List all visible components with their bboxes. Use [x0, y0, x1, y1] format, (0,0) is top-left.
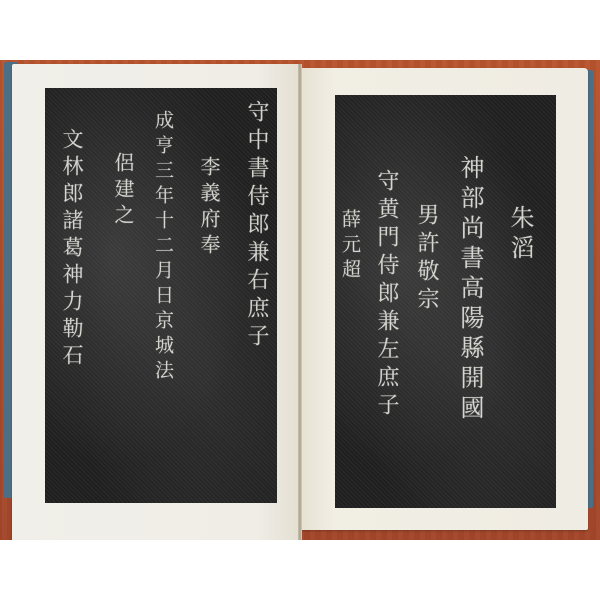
right-page: 朱滔 神部尚書高陽縣開國 男許敬宗 守黄門侍郎兼左庶子 薛元超 [300, 68, 588, 530]
left-page: 守中書侍郎兼右庶子 李義府奉 成亨三年十二月日京城法 侶建之 文林郎諸葛神力勒石 [12, 64, 300, 540]
calligraphy-column: 守中書侍郎兼右庶子 [241, 100, 272, 352]
calligraphy-column: 成亨三年十二月日京城法 [150, 110, 177, 385]
left-rubbing: 守中書侍郎兼右庶子 李義府奉 成亨三年十二月日京城法 侶建之 文林郎諸葛神力勒石 [45, 88, 277, 503]
calligraphy-column: 侶建之 [109, 152, 138, 230]
calligraphy-column: 朱滔 [503, 205, 538, 265]
right-rubbing: 朱滔 神部尚書高陽縣開國 男許敬宗 守黄門侍郎兼左庶子 薛元超 [335, 95, 556, 508]
book-spine [298, 64, 302, 540]
photograph: 守中書侍郎兼右庶子 李義府奉 成亨三年十二月日京城法 侶建之 文林郎諸葛神力勒石… [0, 60, 600, 540]
calligraphy-column: 薛元超 [337, 209, 364, 284]
calligraphy-column: 守黄門侍郎兼左庶子 [371, 169, 402, 421]
calligraphy-column: 李義府奉 [195, 156, 224, 260]
calligraphy-column: 文林郎諸葛神力勒石 [57, 128, 87, 371]
calligraphy-column: 男許敬宗 [411, 203, 442, 315]
calligraphy-column: 神部尚書高陽縣開國 [453, 155, 488, 425]
